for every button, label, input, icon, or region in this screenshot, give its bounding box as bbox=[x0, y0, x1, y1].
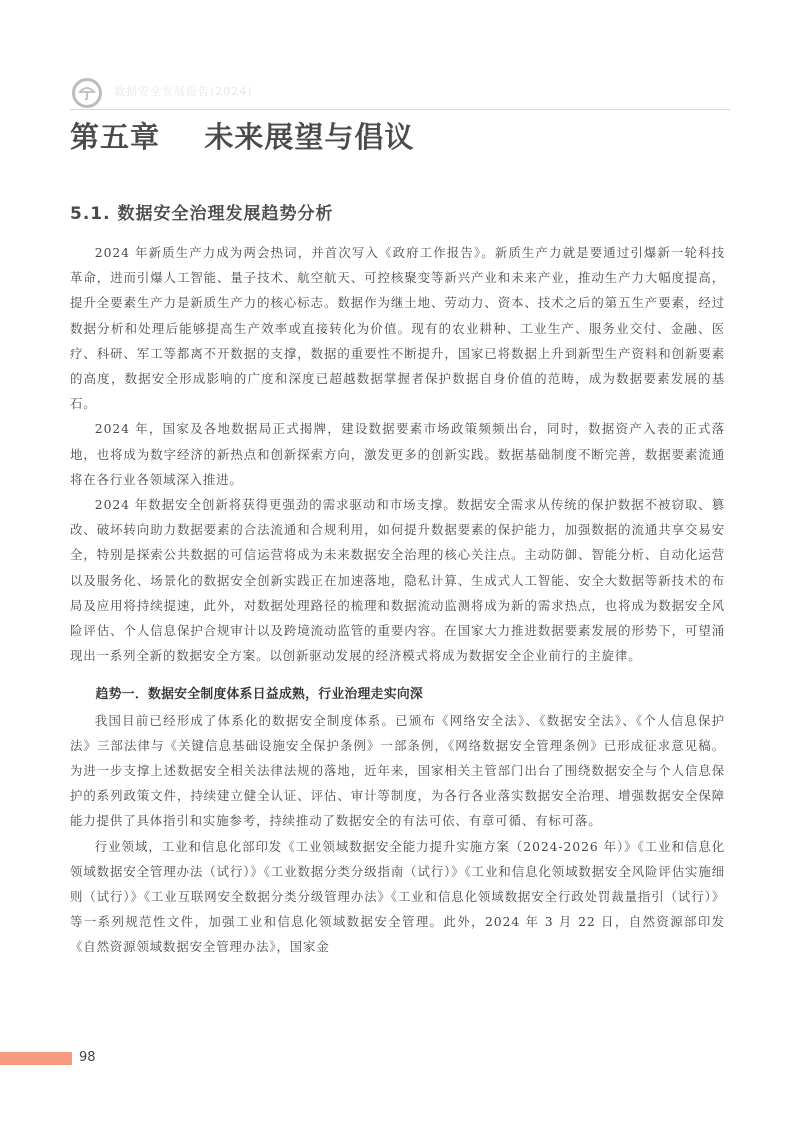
paragraph: 行业领域，工业和信息化部印发《工业领域数据安全能力提升实施方案（2024-202… bbox=[70, 834, 725, 960]
page-number: 98 bbox=[79, 1050, 96, 1065]
header-divider bbox=[70, 109, 730, 110]
paragraph: 2024 年数据安全创新将获得更强劲的需求驱动和市场支撑。数据安全需求从传统的保… bbox=[70, 492, 725, 668]
trend-heading: 趋势一．数据安全制度体系日益成熟，行业治理走实向深 bbox=[70, 682, 725, 707]
paragraph: 2024 年新质生产力成为两会热词，并首次写入《政府工作报告》。新质生产力就是要… bbox=[70, 240, 725, 416]
section-title: 5.1. 数据安全治理发展趋势分析 bbox=[70, 199, 334, 224]
running-title: 数据安全发展报告(2024) bbox=[114, 83, 253, 99]
paragraph: 我国目前已经形成了体系化的数据安全制度体系。已颁布《网络安全法》、《数据安全法》… bbox=[70, 708, 725, 834]
chapter-title: 第五章 未来展望与倡议 bbox=[70, 115, 414, 156]
running-header: 数据安全发展报告(2024) bbox=[70, 75, 730, 111]
umbrella-icon bbox=[72, 78, 102, 108]
body-text: 2024 年新质生产力成为两会热词，并首次写入《政府工作报告》。新质生产力就是要… bbox=[70, 240, 725, 960]
paragraph: 2024 年，国家及各地数据局正式揭牌，建设数据要素市场政策频频出台，同时，数据… bbox=[70, 416, 725, 492]
footer-accent-bar bbox=[0, 1052, 72, 1065]
